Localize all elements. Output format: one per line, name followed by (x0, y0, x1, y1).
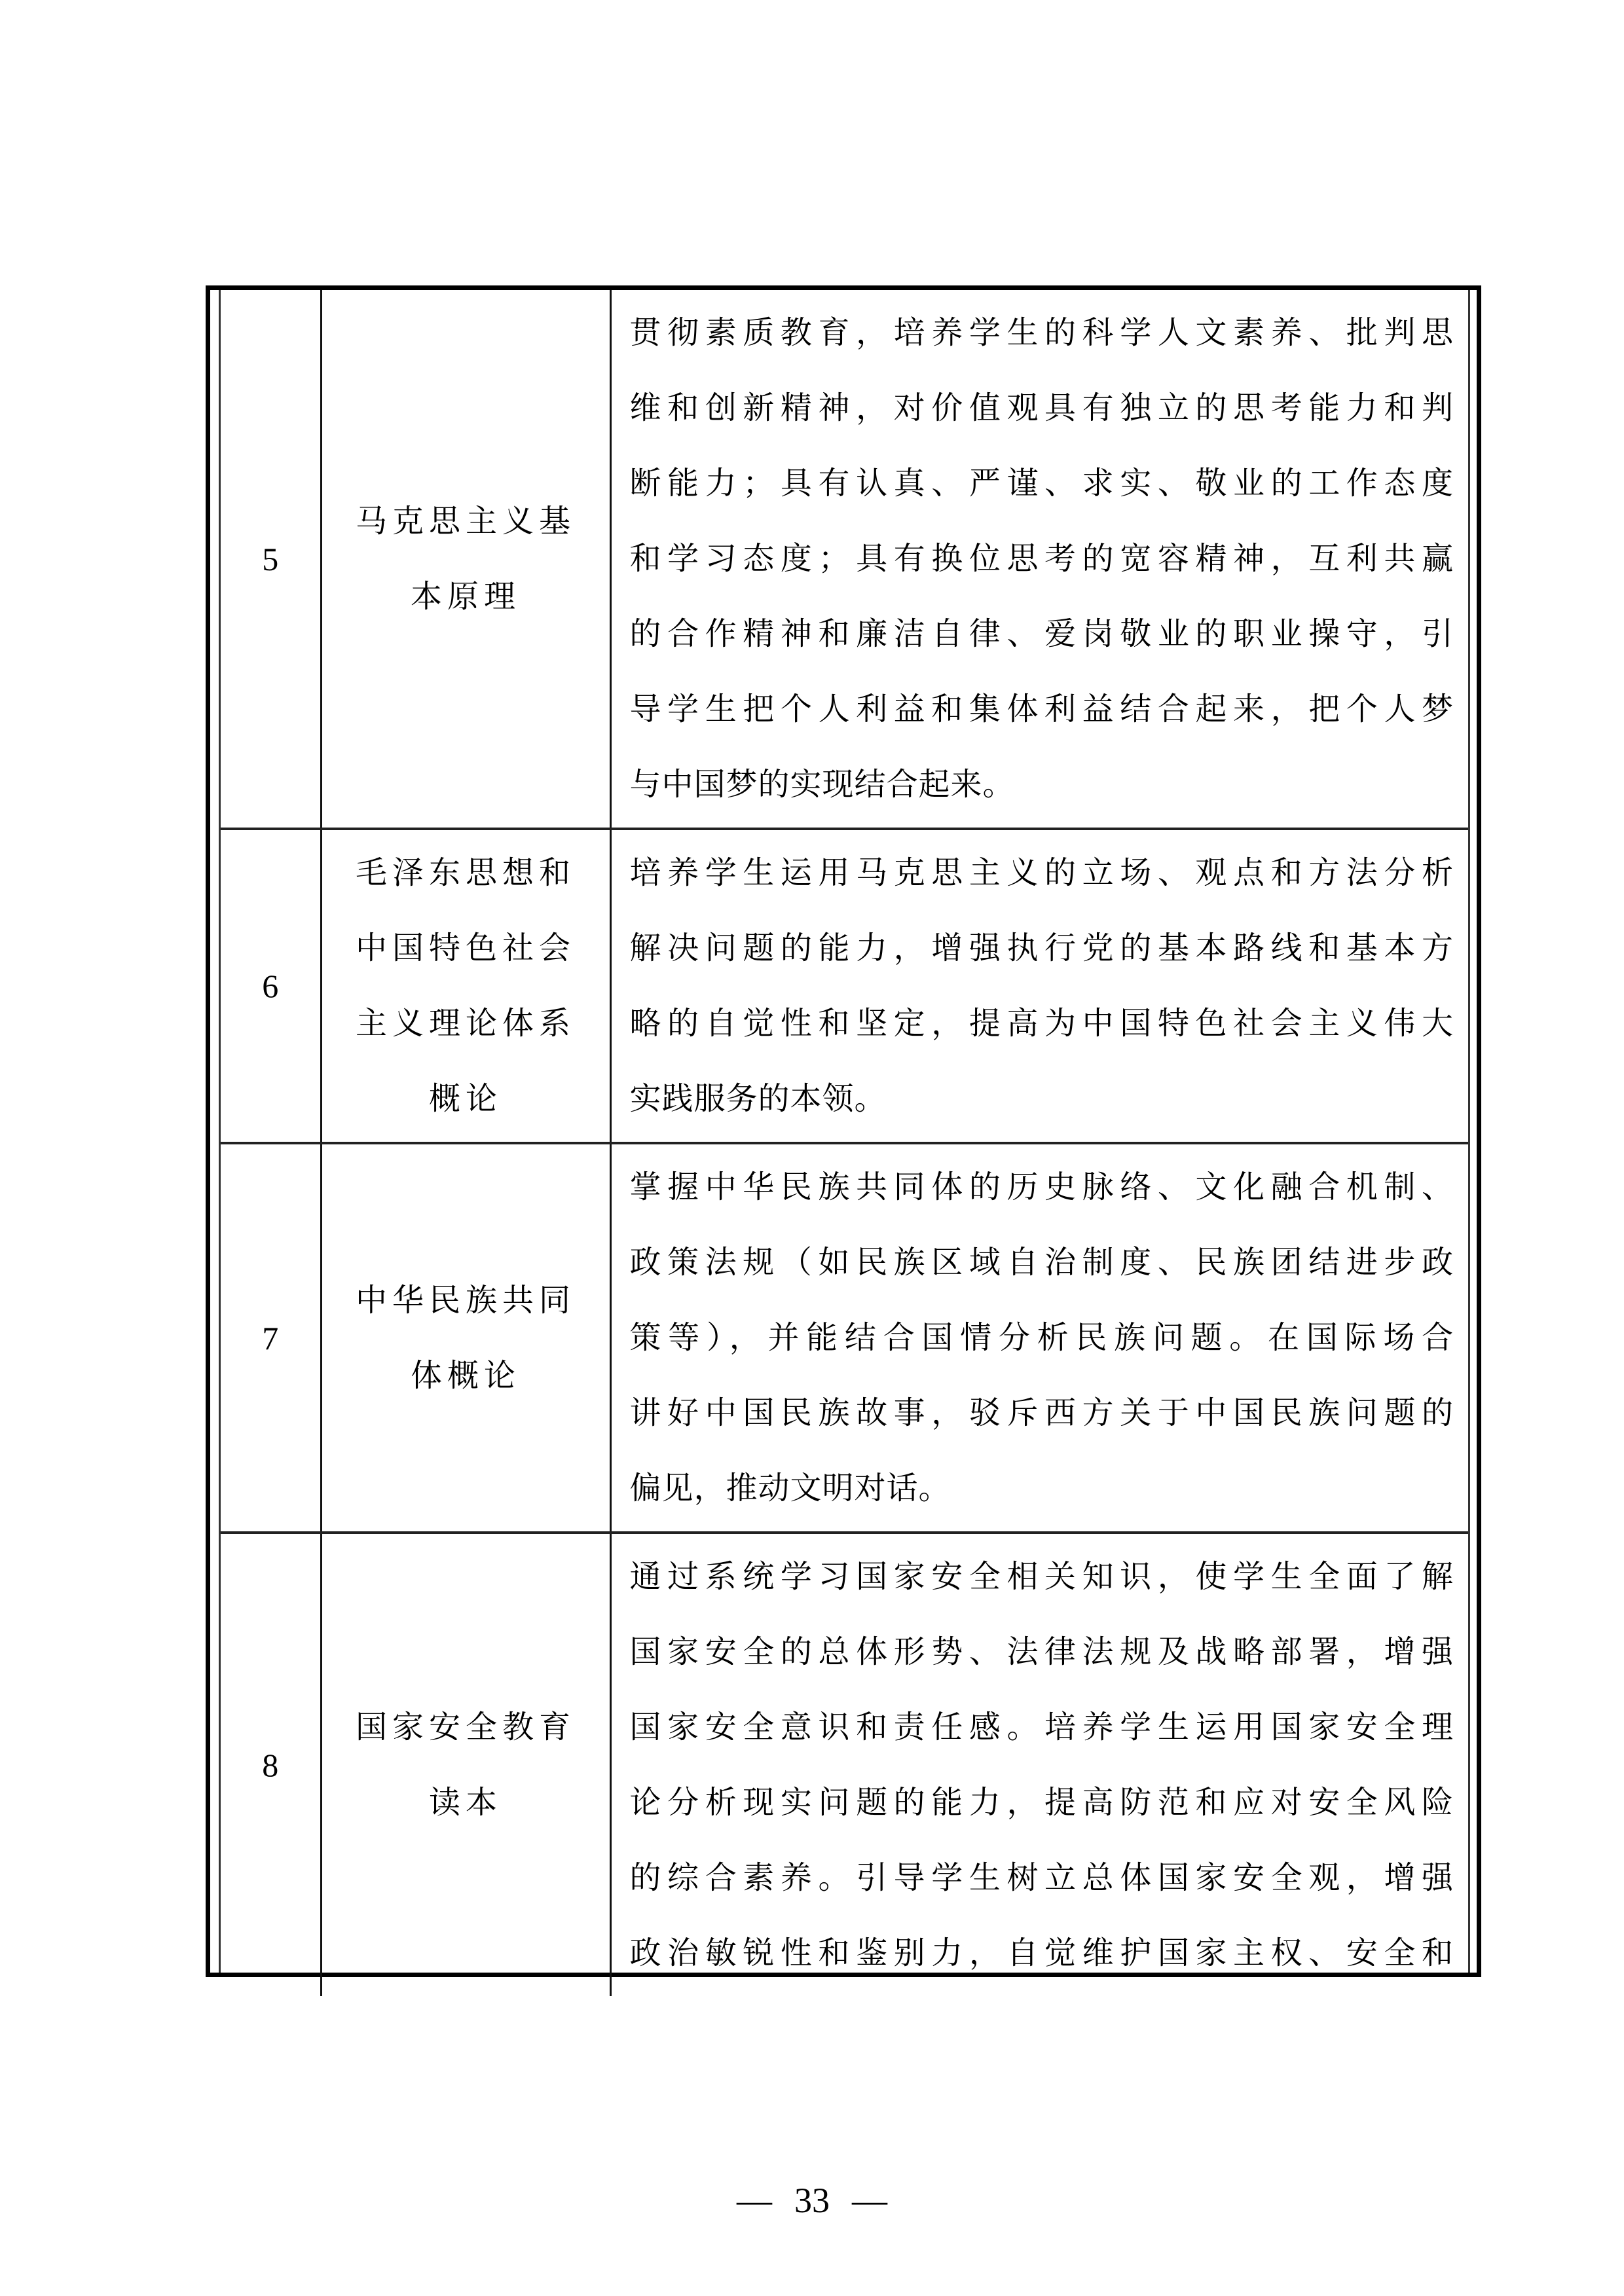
description-line: 论分析现实问题的能力，提高防范和应对安全风险 (630, 1765, 1454, 1840)
course-number: 7 (221, 1143, 321, 1533)
course-number: 8 (221, 1533, 321, 1996)
course-name: 中华民族共同 体概论 (321, 1143, 610, 1533)
table-row: 6 毛泽东思想和 中国特色社会 主义理论体系 概论 培养学生运用马克思主义的立场… (221, 829, 1468, 1143)
description-line: 掌握中华民族共同体的历史脉络、文化融合机制、 (630, 1150, 1454, 1225)
course-name: 毛泽东思想和 中国特色社会 主义理论体系 概论 (321, 829, 610, 1143)
course-description: 培养学生运用马克思主义的立场、观点和方法分析 解决问题的能力，增强执行党的基本路… (610, 829, 1468, 1143)
description-line: 政治敏锐性和鉴别力，自觉维护国家主权、安全和 (630, 1916, 1454, 1991)
course-description: 掌握中华民族共同体的历史脉络、文化融合机制、 政策法规（如民族区域自治制度、民族… (610, 1143, 1468, 1533)
footer-dash-right: — (852, 2180, 887, 2221)
course-number: 6 (221, 829, 321, 1143)
description-line: 与中国梦的实现结合起来。 (630, 747, 1454, 822)
course-description: 贯彻素质教育，培养学生的科学人文素养、批判思 维和创新精神，对价值观具有独立的思… (610, 290, 1468, 829)
description-line: 国家安全意识和责任感。培养学生运用国家安全理 (630, 1690, 1454, 1765)
description-line: 导学生把个人利益和集体利益结合起来，把个人梦 (630, 672, 1454, 747)
description-line: 断能力；具有认真、严谨、求实、敬业的工作态度 (630, 446, 1454, 521)
course-name-line: 读本 (335, 1765, 597, 1840)
description-line: 策等），并能结合国情分析民族问题。在国际场合 (630, 1300, 1454, 1376)
table-row: 5 马克思主义基 本原理 贯彻素质教育，培养学生的科学人文素养、批判思 维和创新… (221, 290, 1468, 829)
page-footer: —33— (0, 2180, 1624, 2221)
description-line: 国家安全的总体形势、法律法规及战略部署，增强 (630, 1614, 1454, 1690)
course-name-line: 马克思主义基 (335, 484, 597, 559)
page-number: 33 (794, 2181, 830, 2220)
table-inner-right-border (1468, 290, 1470, 1973)
course-name-line: 中华民族共同 (335, 1263, 597, 1338)
description-line: 讲好中国民族故事，驳斥西方关于中国民族问题的 (630, 1376, 1454, 1451)
course-name-line: 毛泽东思想和 (335, 835, 597, 911)
description-line: 和学习态度；具有换位思考的宽容精神，互利共赢 (630, 521, 1454, 596)
document-page: 5 马克思主义基 本原理 贯彻素质教育，培养学生的科学人文素养、批判思 维和创新… (0, 0, 1624, 2296)
description-line: 通过系统学习国家安全相关知识，使学生全面了解 (630, 1539, 1454, 1614)
table-row: 8 国家安全教育 读本 通过系统学习国家安全相关知识，使学生全面了解 国家安全的… (221, 1533, 1468, 1996)
course-number: 5 (221, 290, 321, 829)
course-description: 通过系统学习国家安全相关知识，使学生全面了解 国家安全的总体形势、法律法规及战略… (610, 1533, 1468, 1996)
description-line: 实践服务的本领。 (630, 1061, 1454, 1137)
description-line: 贯彻素质教育，培养学生的科学人文素养、批判思 (630, 295, 1454, 371)
course-objectives-table: 5 马克思主义基 本原理 贯彻素质教育，培养学生的科学人文素养、批判思 维和创新… (221, 290, 1468, 1996)
course-name-line: 主义理论体系 (335, 986, 597, 1061)
table-row: 7 中华民族共同 体概论 掌握中华民族共同体的历史脉络、文化融合机制、 政策法规… (221, 1143, 1468, 1533)
course-name-line: 中国特色社会 (335, 911, 597, 986)
footer-dash-left: — (737, 2180, 772, 2221)
description-line: 略的自觉性和坚定，提高为中国特色社会主义伟大 (630, 986, 1454, 1061)
description-line: 维和创新精神，对价值观具有独立的思考能力和判 (630, 371, 1454, 446)
description-line: 的综合素养。引导学生树立总体国家安全观，增强 (630, 1840, 1454, 1916)
description-line: 培养学生运用马克思主义的立场、观点和方法分析 (630, 835, 1454, 911)
course-name: 国家安全教育 读本 (321, 1533, 610, 1996)
course-name: 马克思主义基 本原理 (321, 290, 610, 829)
course-name-line: 本原理 (335, 559, 597, 634)
description-line: 的合作精神和廉洁自律、爱岗敬业的职业操守，引 (630, 596, 1454, 672)
description-line: 偏见，推动文明对话。 (630, 1451, 1454, 1526)
course-name-line: 体概论 (335, 1338, 597, 1413)
description-line: 解决问题的能力，增强执行党的基本路线和基本方 (630, 911, 1454, 986)
course-name-line: 概论 (335, 1061, 597, 1137)
description-line: 政策法规（如民族区域自治制度、民族团结进步政 (630, 1225, 1454, 1300)
course-name-line: 国家安全教育 (335, 1690, 597, 1765)
